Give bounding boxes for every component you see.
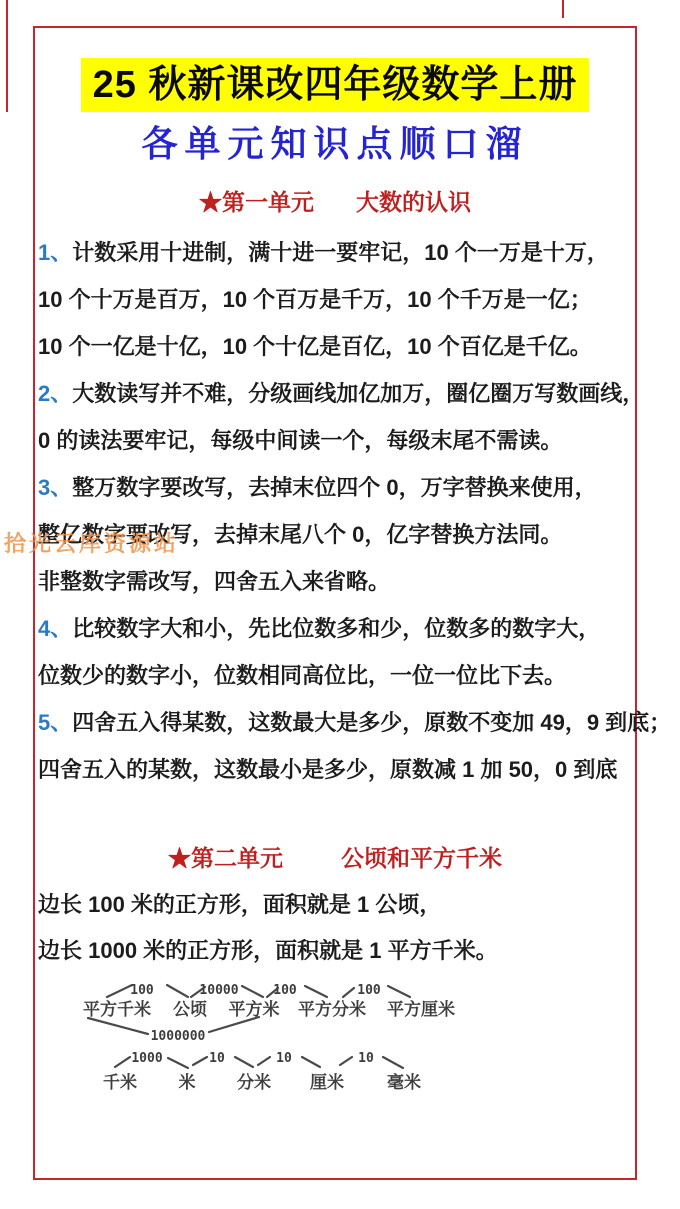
unit-millimeter: 毫米 <box>387 1072 421 1092</box>
text-line: 10 个一亿是十亿，10 个十亿是百亿，10 个百亿是千亿。 <box>38 323 635 370</box>
section1-header-number: ★第一单元 <box>199 189 314 215</box>
line-text: 计数采用十进制，满十进一要牢记，10 个一万是十万， <box>72 240 609 265</box>
text-line: 边长 100 米的正方形，面积就是 1 公顷， <box>38 882 635 928</box>
item-number: 1、 <box>38 240 72 265</box>
section2-header: ★第二单元公顷和平方千米 <box>35 840 635 873</box>
cropped-border-artifact-left <box>6 0 8 112</box>
page-red-border: 25 秋新课改四年级数学上册 各单元知识点顺口溜 ★第一单元大数的认识 1、计数… <box>33 26 637 1180</box>
cropped-border-artifact-top <box>562 0 564 18</box>
item-number: 3、 <box>38 475 72 500</box>
area-rate-kmsq-hectare: 100 <box>130 983 154 998</box>
line-text: 整万数字要改写，去掉末位四个 0，万字替换来使用， <box>72 475 596 500</box>
page-title: 25 秋新课改四年级数学上册 <box>81 58 590 112</box>
text-line: 10 个十万是百万，10 个百万是千万，10 个千万是一亿； <box>38 276 635 323</box>
unit-hectare: 公顷 <box>173 999 207 1019</box>
length-rate-m-dm: 10 <box>209 1051 225 1066</box>
line-text: 10 个一亿是十亿，10 个十亿是百亿，10 个百亿是千亿。 <box>38 334 592 359</box>
text-line: 5、四舍五入得某数，这数最大是多少，原数不变加 49，9 到底； <box>38 699 635 746</box>
area-rate-hectare-msq: 10000 <box>199 983 238 998</box>
line-text: 大数读写并不难，分级画线加亿加万，圈亿圈万写数画线， <box>72 381 644 406</box>
unit-conversion-diagram: 100 10000 100 100 平方千米 公顷 平方米 平方分米 平方厘米 … <box>75 970 475 1100</box>
item-number: 2、 <box>38 381 72 406</box>
watermark: 拾光云库资源站 <box>4 527 179 558</box>
text-line: 位数少的数字小，位数相同高位比，一位一位比下去。 <box>38 652 635 699</box>
unit-square-meter: 平方米 <box>229 999 280 1019</box>
text-line: 四舍五入的某数，这数最小是多少，原数减 1 加 50，0 到底 <box>38 746 635 793</box>
text-line: 非整数字需改写，四舍五入来省略。 <box>38 558 635 605</box>
text-line: 2、大数读写并不难，分级画线加亿加万，圈亿圈万写数画线， <box>38 370 635 417</box>
area-rate-kmsq-msq: 1000000 <box>151 1029 206 1044</box>
unit-decimeter: 分米 <box>237 1072 271 1092</box>
unit-square-kilometer: 平方千米 <box>83 999 151 1019</box>
text-line: 4、比较数字大和小，先比位数多和少，位数多的数字大， <box>38 605 635 652</box>
text-line: 1、计数采用十进制，满十进一要牢记，10 个一万是十万， <box>38 229 635 276</box>
section2-header-title: 公顷和平方千米 <box>341 845 502 871</box>
line-text: 0 的读法要牢记，每级中间读一个，每级末尾不需读。 <box>38 428 562 453</box>
item-number: 5、 <box>38 710 72 735</box>
unit-square-centimeter: 平方厘米 <box>387 999 455 1019</box>
unit-meter: 米 <box>179 1072 196 1092</box>
text-line: 边长 1000 米的正方形，面积就是 1 平方千米。 <box>38 928 635 974</box>
line-text: 四舍五入得某数，这数最大是多少，原数不变加 49，9 到底； <box>72 710 671 735</box>
section1-body: 1、计数采用十进制，满十进一要牢记，10 个一万是十万， 10 个十万是百万，1… <box>38 229 635 793</box>
title-row: 25 秋新课改四年级数学上册 <box>35 58 635 112</box>
line-text: 10 个十万是百万，10 个百万是千万，10 个千万是一亿； <box>38 287 592 312</box>
study-sheet-page: { "page": { "title": "25 秋新课改四年级数学上册", "… <box>0 0 680 1209</box>
unit-centimeter: 厘米 <box>309 1072 344 1092</box>
section1-header: ★第一单元大数的认识 <box>35 184 635 217</box>
length-rate-dm-cm: 10 <box>276 1051 292 1066</box>
unit-square-decimeter: 平方分米 <box>298 999 366 1019</box>
text-line: 3、整万数字要改写，去掉末位四个 0，万字替换来使用， <box>38 464 635 511</box>
section2-header-number: ★第二单元 <box>168 845 283 871</box>
line-text: 比较数字大和小，先比位数多和少，位数多的数字大， <box>72 616 600 641</box>
item-number: 4、 <box>38 616 72 641</box>
area-rate-dmsq-cmsq: 100 <box>357 983 381 998</box>
line-text: 四舍五入的某数，这数最小是多少，原数减 1 加 50，0 到底 <box>38 757 617 782</box>
unit-kilometer: 千米 <box>103 1072 137 1092</box>
area-rate-msq-dmsq: 100 <box>273 983 297 998</box>
page-subtitle: 各单元知识点顺口溜 <box>35 116 635 167</box>
length-rate-cm-mm: 10 <box>358 1051 374 1066</box>
text-line: 0 的读法要牢记，每级中间读一个，每级末尾不需读。 <box>38 417 635 464</box>
section1-header-title: 大数的认识 <box>356 189 471 215</box>
section2-body: 边长 100 米的正方形，面积就是 1 公顷， 边长 1000 米的正方形，面积… <box>38 882 635 974</box>
line-text: 非整数字需改写，四舍五入来省略。 <box>38 569 390 594</box>
length-rate-km-m: 1000 <box>131 1051 162 1066</box>
line-text: 位数少的数字小，位数相同高位比，一位一位比下去。 <box>38 663 566 688</box>
